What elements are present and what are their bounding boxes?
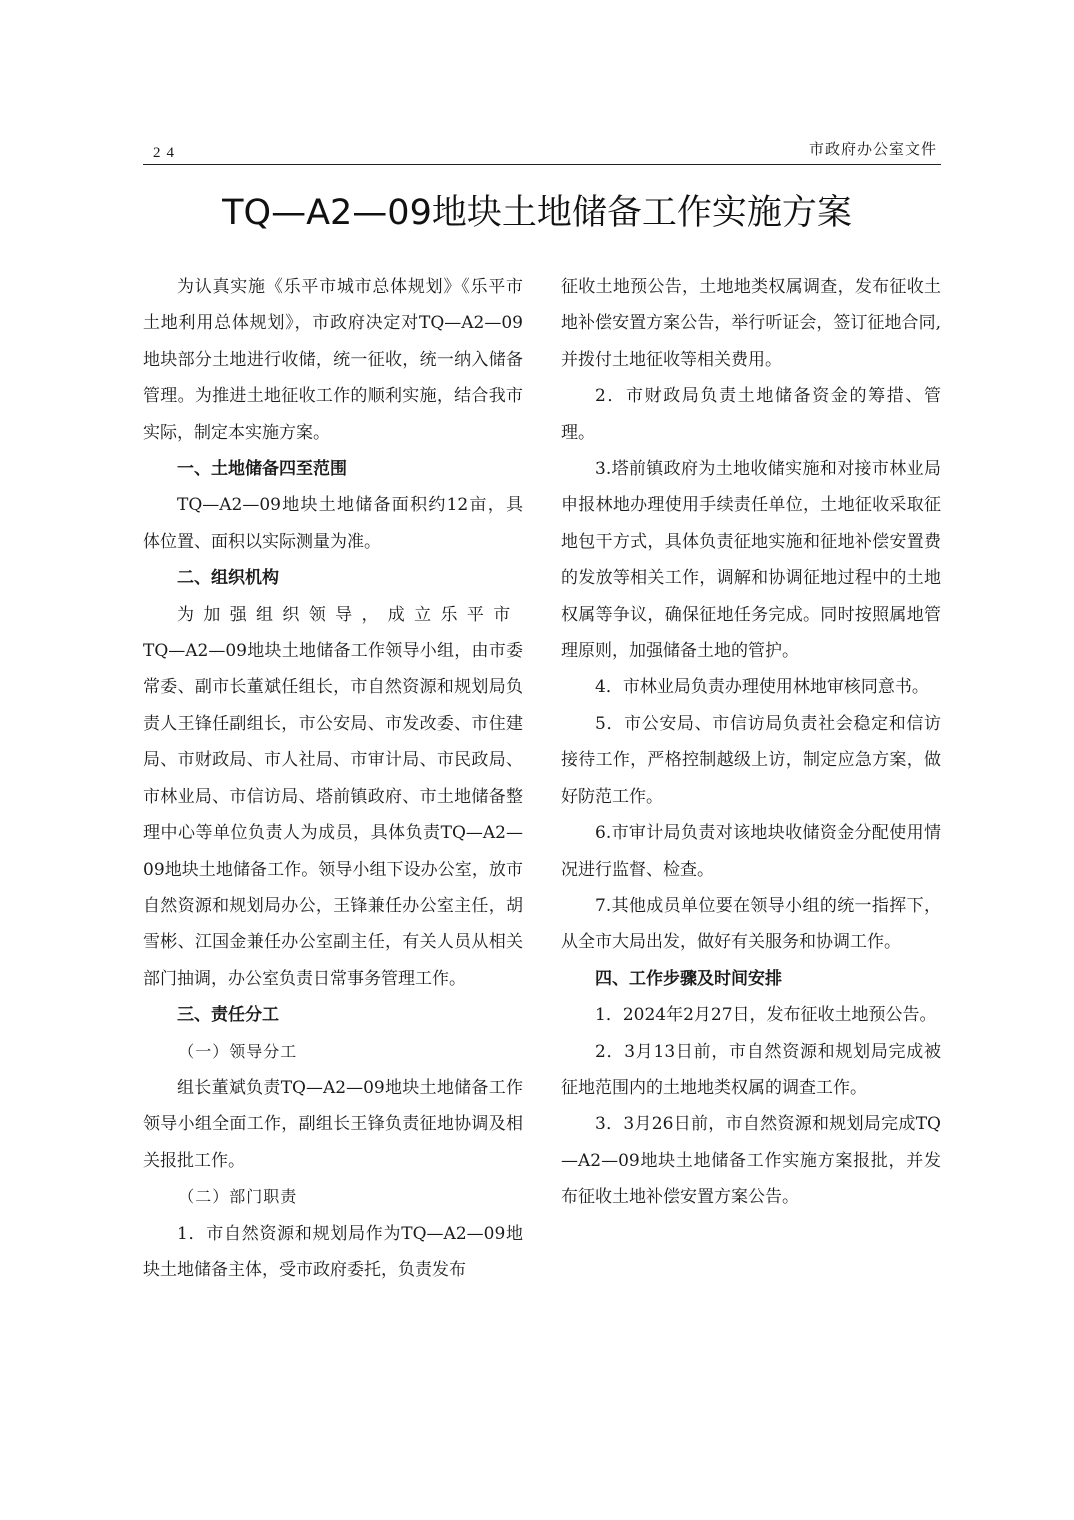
page-number: 24 bbox=[153, 145, 180, 162]
section-body-organization-line1: 为加强组织领导，成立乐平市 bbox=[143, 597, 523, 633]
subsection-heading-departments: （二）部门职责 bbox=[143, 1179, 523, 1215]
document-title: TQ—A2—09地块土地储备工作实施方案 bbox=[0, 185, 1074, 235]
right-column: 征收土地预公告，土地地类权属调查，发布征收土地补偿安置方案公告，举行听证会，签订… bbox=[561, 269, 941, 1216]
intro-paragraph: 为认真实施《乐平市城市总体规划》《乐平市土地利用总体规划》，市政府决定对TQ—A… bbox=[143, 269, 523, 451]
section-body-organization: TQ—A2—09地块土地储备工作领导小组，由市委常委、副市长董斌任组长，市自然资… bbox=[143, 633, 523, 997]
section-heading-organization: 二、组织机构 bbox=[143, 560, 523, 596]
duty-item-7: 7.其他成员单位要在领导小组的统一指挥下，从全市大局出发，做好有关服务和协调工作… bbox=[561, 888, 941, 961]
schedule-step-2: 2．3月13日前，市自然资源和规划局完成被征地范围内的土地地类权属的调查工作。 bbox=[561, 1034, 941, 1107]
duty-item-3: 3.塔前镇政府为土地收储实施和对接市林业局申报林地办理使用手续责任单位，土地征收… bbox=[561, 451, 941, 669]
schedule-step-1: 1．2024年2月27日，发布征收土地预公告。 bbox=[561, 997, 941, 1033]
section-body-scope: TQ—A2—09地块土地储备面积约12亩，具体位置、面积以实际测量为准。 bbox=[143, 487, 523, 560]
duty-item-1: 1．市自然资源和规划局作为TQ—A2—09地块土地储备主体，受市政府委托，负责发… bbox=[143, 1216, 523, 1289]
subsection-heading-leadership: （一）领导分工 bbox=[143, 1034, 523, 1070]
duty-item-1-continued: 征收土地预公告，土地地类权属调查，发布征收土地补偿安置方案公告，举行听证会，签订… bbox=[561, 269, 941, 378]
page-header: 24 市政府办公室文件 bbox=[143, 136, 941, 165]
duty-item-4: 4．市林业局负责办理使用林地审核同意书。 bbox=[561, 669, 941, 705]
left-column: 为认真实施《乐平市城市总体规划》《乐平市土地利用总体规划》，市政府决定对TQ—A… bbox=[143, 269, 523, 1288]
duty-item-5: 5．市公安局、市信访局负责社会稳定和信访接待工作，严格控制越级上访，制定应急方案… bbox=[561, 706, 941, 815]
schedule-step-3: 3．3月26日前，市自然资源和规划局完成TQ—A2—09地块土地储备工作实施方案… bbox=[561, 1106, 941, 1215]
section-heading-responsibilities: 三、责任分工 bbox=[143, 997, 523, 1033]
duty-item-2: 2．市财政局负责土地储备资金的筹措、管理。 bbox=[561, 378, 941, 451]
subsection-body-leadership: 组长董斌负责TQ—A2—09地块土地储备工作领导小组全面工作，副组长王锋负责征地… bbox=[143, 1070, 523, 1179]
duty-item-6: 6.市审计局负责对该地块收储资金分配使用情况进行监督、检查。 bbox=[561, 815, 941, 888]
section-heading-schedule: 四、工作步骤及时间安排 bbox=[561, 961, 941, 997]
document-source: 市政府办公室文件 bbox=[809, 138, 937, 159]
section-heading-scope: 一、土地储备四至范围 bbox=[143, 451, 523, 487]
